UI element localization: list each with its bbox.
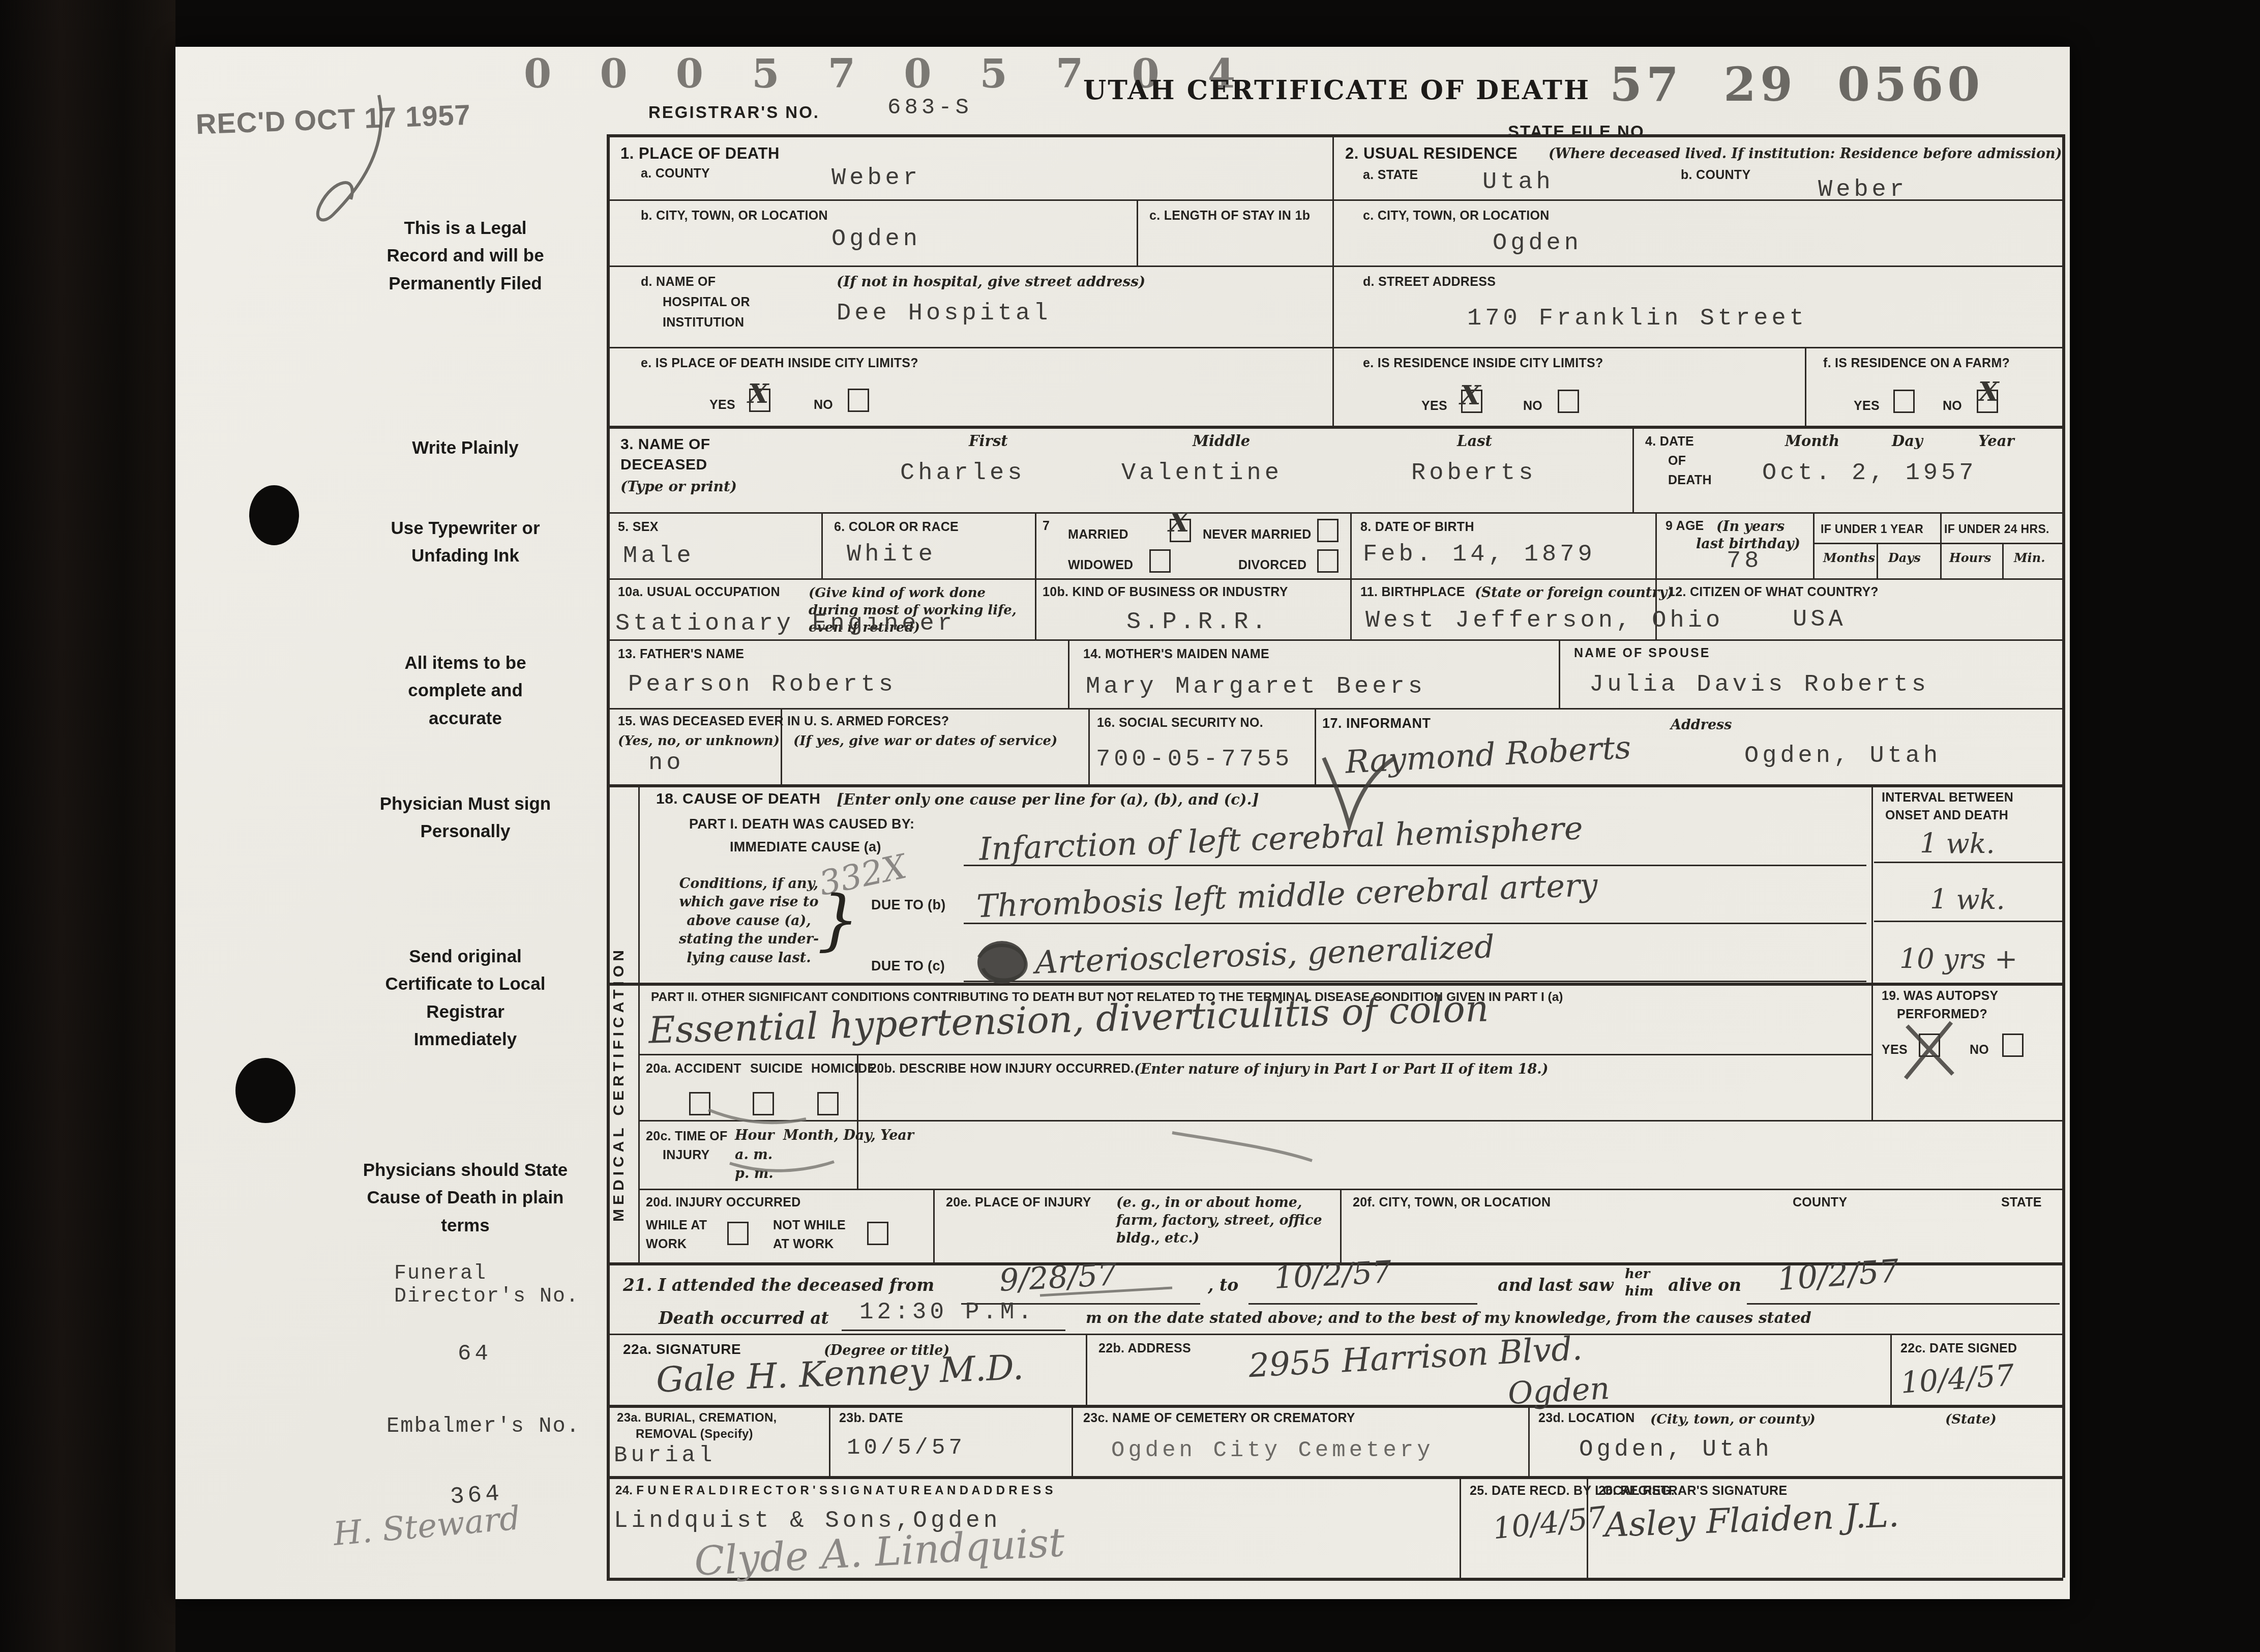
s2e-yes-label: YES <box>1421 399 1447 414</box>
s20d-while2: WORK <box>646 1237 687 1252</box>
s20a-suicide-checkbox[interactable] <box>753 1092 774 1115</box>
s23b-label: 23b. DATE <box>839 1411 903 1426</box>
s4-label: 4. DATE <box>1645 434 1694 449</box>
s3-last-label: Last <box>1457 432 1492 450</box>
s21-her-label: her <box>1625 1266 1650 1282</box>
s20b-note: (Enter nature of injury in Part I or Par… <box>1134 1061 1549 1077</box>
s18b-cause-value[interactable]: Thrombosis left middle cerebral artery <box>976 866 1598 925</box>
margin-send-original: Send original Certificate to Local Regis… <box>374 943 557 1053</box>
s20c-mdy-label: Month, Day, Year <box>783 1128 914 1143</box>
s21-to-value[interactable]: 10/2/57 <box>1273 1254 1392 1296</box>
s20c-pm-label: p. m. <box>735 1166 774 1182</box>
s23a-label2: REMOVAL (Specify) <box>636 1427 753 1441</box>
s13-label: 13. FATHER'S NAME <box>618 647 744 662</box>
s23c-cemetery-value[interactable]: Ogden City Cemetery <box>1111 1438 1434 1463</box>
s6-label: 6. COLOR OR RACE <box>834 520 959 535</box>
s20d-while1: WHILE AT <box>646 1218 707 1233</box>
s20d-while-checkbox[interactable] <box>727 1222 749 1245</box>
medical-certification-vertical-label: MEDICAL CERTIFICATION <box>610 946 628 1222</box>
s12-label: 12. CITIZEN OF WHAT COUNTRY? <box>1668 585 1879 600</box>
s5-label: 5. SEX <box>618 520 659 535</box>
s18-due-b-label: DUE TO (b) <box>871 897 946 913</box>
s10a-label: 10a. USUAL OCCUPATION <box>618 585 780 600</box>
s2f-yes-label: YES <box>1854 399 1880 414</box>
s2e-yes-xmark: X <box>1460 380 1480 411</box>
s3-middle-label: Middle <box>1193 432 1250 450</box>
s20a-label: 20a. ACCIDENT <box>646 1061 741 1076</box>
s20c-hour-label: Hour <box>735 1128 774 1143</box>
s21-time-value[interactable]: 12:30 P.M. <box>859 1299 1035 1325</box>
s3-last-value[interactable]: Roberts <box>1411 460 1536 487</box>
s4-day-label: Day <box>1892 432 1923 450</box>
s4-label3: DEATH <box>1668 473 1712 488</box>
s10a-occupation-value[interactable]: Stationary Engineer <box>615 610 956 637</box>
s4-date-of-death-value[interactable]: Oct. 2, 1957 <box>1762 460 1977 487</box>
registrar-no-value: 683-S <box>887 95 972 121</box>
s20f-state-label: STATE <box>2001 1195 2042 1210</box>
s2e-no-checkbox[interactable] <box>1558 390 1579 413</box>
s18a-cause-value[interactable]: Infarction of left cerebral hemisphere <box>978 809 1584 867</box>
s7-divorced-label: DIVORCED <box>1238 558 1306 573</box>
s5-sex-value[interactable]: Male <box>623 543 695 570</box>
s2b-label: b. COUNTY <box>1681 168 1750 183</box>
s1b-city-value[interactable]: Ogden <box>831 226 921 253</box>
s3-middle-value[interactable]: Valentine <box>1121 460 1283 487</box>
s18-label: 18. CAUSE OF DEATH <box>656 790 821 808</box>
s20f-label: 20f. CITY, TOWN, OR LOCATION <box>1353 1195 1551 1210</box>
s7-divorced-checkbox[interactable] <box>1317 549 1339 573</box>
spouse-value[interactable]: Julia Davis Roberts <box>1589 671 1929 698</box>
s26-registrar-signature[interactable]: Asley Flaiden J.L. <box>1604 1495 1900 1545</box>
s25-date-received-value[interactable]: 10/4/57 <box>1491 1500 1608 1546</box>
s20b-label: 20b. DESCRIBE HOW INJURY OCCURRED. <box>870 1061 1134 1076</box>
s16-label: 16. SOCIAL SECURITY NO. <box>1097 716 1263 730</box>
s2d-label: d. STREET ADDRESS <box>1363 275 1496 289</box>
s2e-no-label: NO <box>1523 399 1542 414</box>
s10b-label: 10b. KIND OF BUSINESS OR INDUSTRY <box>1043 585 1288 600</box>
s20a-accident-checkbox[interactable] <box>689 1092 710 1115</box>
s14-mother-value[interactable]: Mary Margaret Beers <box>1086 673 1426 700</box>
s2f-yes-checkbox[interactable] <box>1893 390 1915 413</box>
received-date-stamp: REC'D OCT 17 1957 <box>195 98 471 141</box>
s2c-label: c. CITY, TOWN, OR LOCATION <box>1363 209 1550 223</box>
s23b-date-value[interactable]: 10/5/57 <box>847 1435 966 1461</box>
s21-alive-label: alive on <box>1668 1275 1741 1295</box>
embalmer-no-label: Embalmer's No. <box>386 1414 580 1438</box>
s22a-label: 22a. SIGNATURE <box>623 1341 741 1358</box>
s21-from-value[interactable]: 9/28/57 <box>998 1257 1118 1299</box>
interval-b-value[interactable]: 1 wk. <box>1930 883 2005 916</box>
s9-label: 9 AGE <box>1666 519 1704 534</box>
s21-him-label: him <box>1625 1284 1653 1299</box>
margin-plain-terms: Physicians should State Cause of Death i… <box>356 1157 575 1240</box>
punch-hole <box>249 485 299 545</box>
certificate-title: UTAH CERTIFICATE OF DEATH <box>1083 75 1590 106</box>
s1e-no-label: NO <box>814 398 833 412</box>
s11-birthplace-value[interactable]: West Jefferson, Ohio <box>1365 607 1723 634</box>
embalmer-signature: H. Steward <box>332 1499 521 1553</box>
s21-line2-label: Death occurred at <box>659 1308 829 1328</box>
s2e-label: e. IS RESIDENCE INSIDE CITY LIMITS? <box>1363 356 1603 371</box>
s19-no-label: NO <box>1970 1043 1989 1057</box>
s2f-no-label: NO <box>1943 399 1962 414</box>
s7-widowed-checkbox[interactable] <box>1149 549 1171 573</box>
s7-never-married-checkbox[interactable] <box>1317 519 1339 542</box>
s2-title-note: (Where deceased lived. If institution: R… <box>1549 146 2062 162</box>
s22c-date-signed-value[interactable]: 10/4/57 <box>1899 1358 2015 1400</box>
s9-note1: (In years <box>1716 519 1785 535</box>
s18c-cause-value[interactable]: Arteriosclerosis, generalized <box>1034 928 1495 981</box>
funeral-director-no-value: 64 <box>458 1341 492 1367</box>
spouse-label: NAME OF SPOUSE <box>1574 646 1710 661</box>
s20c-label2: INJURY <box>663 1148 710 1163</box>
scan-background-left <box>0 0 175 1652</box>
s22b-label: 22b. ADDRESS <box>1098 1341 1191 1356</box>
s20a-suicide-label: SUICIDE <box>750 1061 803 1076</box>
s1-title: 1. PLACE OF DEATH <box>620 144 780 163</box>
s17-informant-address-value[interactable]: Ogden, Utah <box>1744 743 1941 770</box>
interval-label-2: ONSET AND DEATH <box>1885 808 2008 823</box>
s7-married-label: MARRIED <box>1068 527 1128 542</box>
scanned-death-certificate: 0 0 0 5 7 0 5 7 0 4 REC'D OCT 17 1957 RE… <box>0 0 2260 1652</box>
s23c-label: 23c. NAME OF CEMETERY OR CREMATORY <box>1083 1411 1355 1426</box>
registrar-no-label: REGISTRAR'S NO. <box>648 103 820 122</box>
s20d-not1: NOT WHILE <box>773 1218 846 1233</box>
s21-line1-label: 21. I attended the deceased from <box>623 1275 934 1295</box>
s11-note: (State or foreign country) <box>1475 585 1674 601</box>
s3-first-value[interactable]: Charles <box>900 460 1025 487</box>
s7-widowed-label: WIDOWED <box>1068 558 1133 573</box>
s20a-homicide-checkbox[interactable] <box>817 1092 839 1115</box>
s4-year-label: Year <box>1978 432 2014 450</box>
punch-hole <box>235 1058 295 1123</box>
s9-hours-label: Hours <box>1949 550 1991 565</box>
s18-part1-label: PART I. DEATH WAS CAUSED BY: <box>689 816 914 832</box>
s8-date-of-birth-value[interactable]: Feb. 14, 1879 <box>1363 541 1596 568</box>
s19-yes-checkbox[interactable] <box>1919 1034 1940 1057</box>
s2a-state-value[interactable]: Utah <box>1482 169 1554 196</box>
s20a-homicide-label: HOMICIDE <box>811 1061 876 1076</box>
s1c-label: c. LENGTH OF STAY IN 1b <box>1149 209 1310 223</box>
margin-use-typewriter: Use Typewriter or Unfading Ink <box>353 515 577 570</box>
state-file-label: STATE FILE NO. <box>1508 122 1650 141</box>
s3-label: 3. NAME OF <box>620 436 710 453</box>
s1a-label: a. COUNTY <box>641 166 710 181</box>
s1e-yes-xmark: X <box>748 378 768 409</box>
s7-married-xmark: X <box>1169 507 1189 538</box>
s1d-label2: HOSPITAL OR <box>663 295 750 310</box>
s9-under1yr-label: IF UNDER 1 YEAR <box>1821 522 1923 536</box>
s17-label: 17. INFORMANT <box>1322 716 1431 731</box>
s21-line2b-label: m on the date stated above; and to the b… <box>1086 1309 1811 1327</box>
s3-note: (Type or print) <box>620 478 737 495</box>
s7-never-married-label: NEVER MARRIED <box>1203 527 1312 542</box>
s1d-hospital-value[interactable]: Dee Hospital <box>837 300 1051 327</box>
s14-label: 14. MOTHER'S MAIDEN NAME <box>1083 647 1269 662</box>
s13-father-value[interactable]: Pearson Roberts <box>628 671 897 698</box>
s16-ssn-value[interactable]: 700-05-7755 <box>1096 746 1293 773</box>
margin-physician-sign: Physician Must sign Personally <box>374 790 557 846</box>
s23d-state-note: (State) <box>1945 1412 1997 1427</box>
s10b-industry-value[interactable]: S.P.R.R. <box>1126 609 1270 636</box>
s24-label: 24. F U N E R A L D I R E C T O R ' S S … <box>615 1484 1053 1498</box>
s1e-label: e. IS PLACE OF DEATH INSIDE CITY LIMITS? <box>641 356 918 371</box>
s1d-note: (If not in hospital, give street address… <box>837 273 1145 290</box>
s18-immediate-cause-label: IMMEDIATE CAUSE (a) <box>730 839 881 855</box>
s15-note2: (If yes, give war or dates of service) <box>793 733 1057 749</box>
s19-no-checkbox[interactable] <box>2002 1034 2024 1057</box>
s23d-label: 23d. LOCATION <box>1538 1411 1635 1426</box>
certificate-paper: 0 0 0 5 7 0 5 7 0 4 REC'D OCT 17 1957 RE… <box>175 47 2070 1599</box>
s3-label2: DECEASED <box>620 456 707 474</box>
s20d-not2: AT WORK <box>773 1237 834 1252</box>
interval-c-value[interactable]: 10 yrs + <box>1899 943 2017 975</box>
s23d-location-value[interactable]: Ogden, Utah <box>1579 1436 1773 1463</box>
s20e-label: 20e. PLACE OF INJURY <box>946 1195 1091 1210</box>
s23a-label1: 23a. BURIAL, CREMATION, <box>617 1411 777 1425</box>
s21-alive-value[interactable]: 10/2/57 <box>1776 1252 1900 1297</box>
s20f-county-label: COUNTY <box>1793 1195 1847 1210</box>
s23d-note: (City, town, or county) <box>1650 1412 1816 1427</box>
s18-conditions-note: Conditions, if any, which gave rise to a… <box>676 875 821 967</box>
state-file-number-stamp: 57 29 0560 <box>1610 57 1984 112</box>
s20e-note: (e. g., in or about home, farm, factory,… <box>1116 1194 1335 1247</box>
s2a-label: a. STATE <box>1363 168 1418 183</box>
s19-yes-label: YES <box>1882 1043 1908 1057</box>
interval-label-1: INTERVAL BETWEEN <box>1882 790 2013 805</box>
s18-due-c-label: DUE TO (c) <box>871 958 945 974</box>
s20d-label: 20d. INJURY OCCURRED <box>646 1195 801 1210</box>
s18-brace: } <box>817 881 859 958</box>
s20c-am-label: a. m. <box>735 1147 772 1163</box>
s15-label: 15. WAS DECEASED EVER IN U. S. ARMED FOR… <box>618 714 949 729</box>
s9-min-label: Min. <box>2014 550 2045 565</box>
s6-race-value[interactable]: White <box>847 541 936 568</box>
s9-age-value[interactable]: 78 <box>1727 548 1762 575</box>
s23a-burial-value[interactable]: Burial <box>614 1443 716 1468</box>
s22b-address-city[interactable]: Ogden <box>1507 1371 1611 1411</box>
margin-write-plainly: Write Plainly <box>374 434 557 462</box>
s19-label1: 19. WAS AUTOPSY <box>1882 989 1999 1004</box>
s1d-label: d. NAME OF <box>641 275 716 289</box>
interval-a-value[interactable]: 1 wk. <box>1920 828 1995 860</box>
s3-first-label: First <box>969 432 1008 450</box>
s2-title: 2. USUAL RESIDENCE <box>1345 144 1518 163</box>
s4-label2: OF <box>1668 454 1686 468</box>
s26-label: 26. REGISTRAR'S SIGNATURE <box>1598 1484 1787 1498</box>
s1b-label: b. CITY, TOWN, OR LOCATION <box>641 209 828 223</box>
margin-all-items: All items to be complete and accurate <box>374 650 557 732</box>
s4-month-label: Month <box>1785 432 1839 450</box>
s2f-no-xmark: X <box>1978 376 1999 407</box>
s21-lastsaw-label: and last saw <box>1498 1275 1614 1295</box>
s20c-label1: 20c. TIME OF <box>646 1129 728 1144</box>
s8-label: 8. DATE OF BIRTH <box>1360 520 1474 535</box>
s1d-label3: INSTITUTION <box>663 315 744 330</box>
s9-days-label: Days <box>1888 550 1921 565</box>
s2c-city-value[interactable]: Ogden <box>1493 230 1582 257</box>
s21-to-label: , to <box>1208 1275 1238 1295</box>
s15-note1: (Yes, no, or unknown) <box>618 733 780 749</box>
s2f-label: f. IS RESIDENCE ON A FARM? <box>1823 356 2010 371</box>
s7-number: 7 <box>1043 519 1050 534</box>
s11-label: 11. BIRTHPLACE <box>1360 585 1465 600</box>
s1a-county-value[interactable]: Weber <box>831 165 921 192</box>
s12-citizen-value[interactable]: USA <box>1793 606 1847 633</box>
s17-address-label: Address <box>1671 717 1732 733</box>
s2b-county-value[interactable]: Weber <box>1818 176 1908 203</box>
s20d-notwhile-checkbox[interactable] <box>867 1222 888 1245</box>
s1e-yes-label: YES <box>709 398 735 412</box>
s17-informant-signature[interactable]: Raymond Roberts <box>1344 728 1631 780</box>
s2d-street-value[interactable]: 170 Franklin Street <box>1467 305 1807 332</box>
s1e-no-checkbox[interactable] <box>848 389 869 412</box>
s9-months-label: Months <box>1823 550 1875 565</box>
s22c-label: 22c. DATE SIGNED <box>1900 1341 2017 1356</box>
margin-legal-record-note: This is a Legal Record and will be Perma… <box>374 215 557 298</box>
s19-label2: PERFORMED? <box>1897 1007 1987 1022</box>
s18-note: [Enter only one cause per line for (a), … <box>837 791 1259 808</box>
s9-under24-label: IF UNDER 24 HRS. <box>1944 522 2049 536</box>
s15-armed-forces-value[interactable]: no <box>648 750 684 777</box>
funeral-director-no-label: Funeral Director's No. <box>394 1262 608 1308</box>
